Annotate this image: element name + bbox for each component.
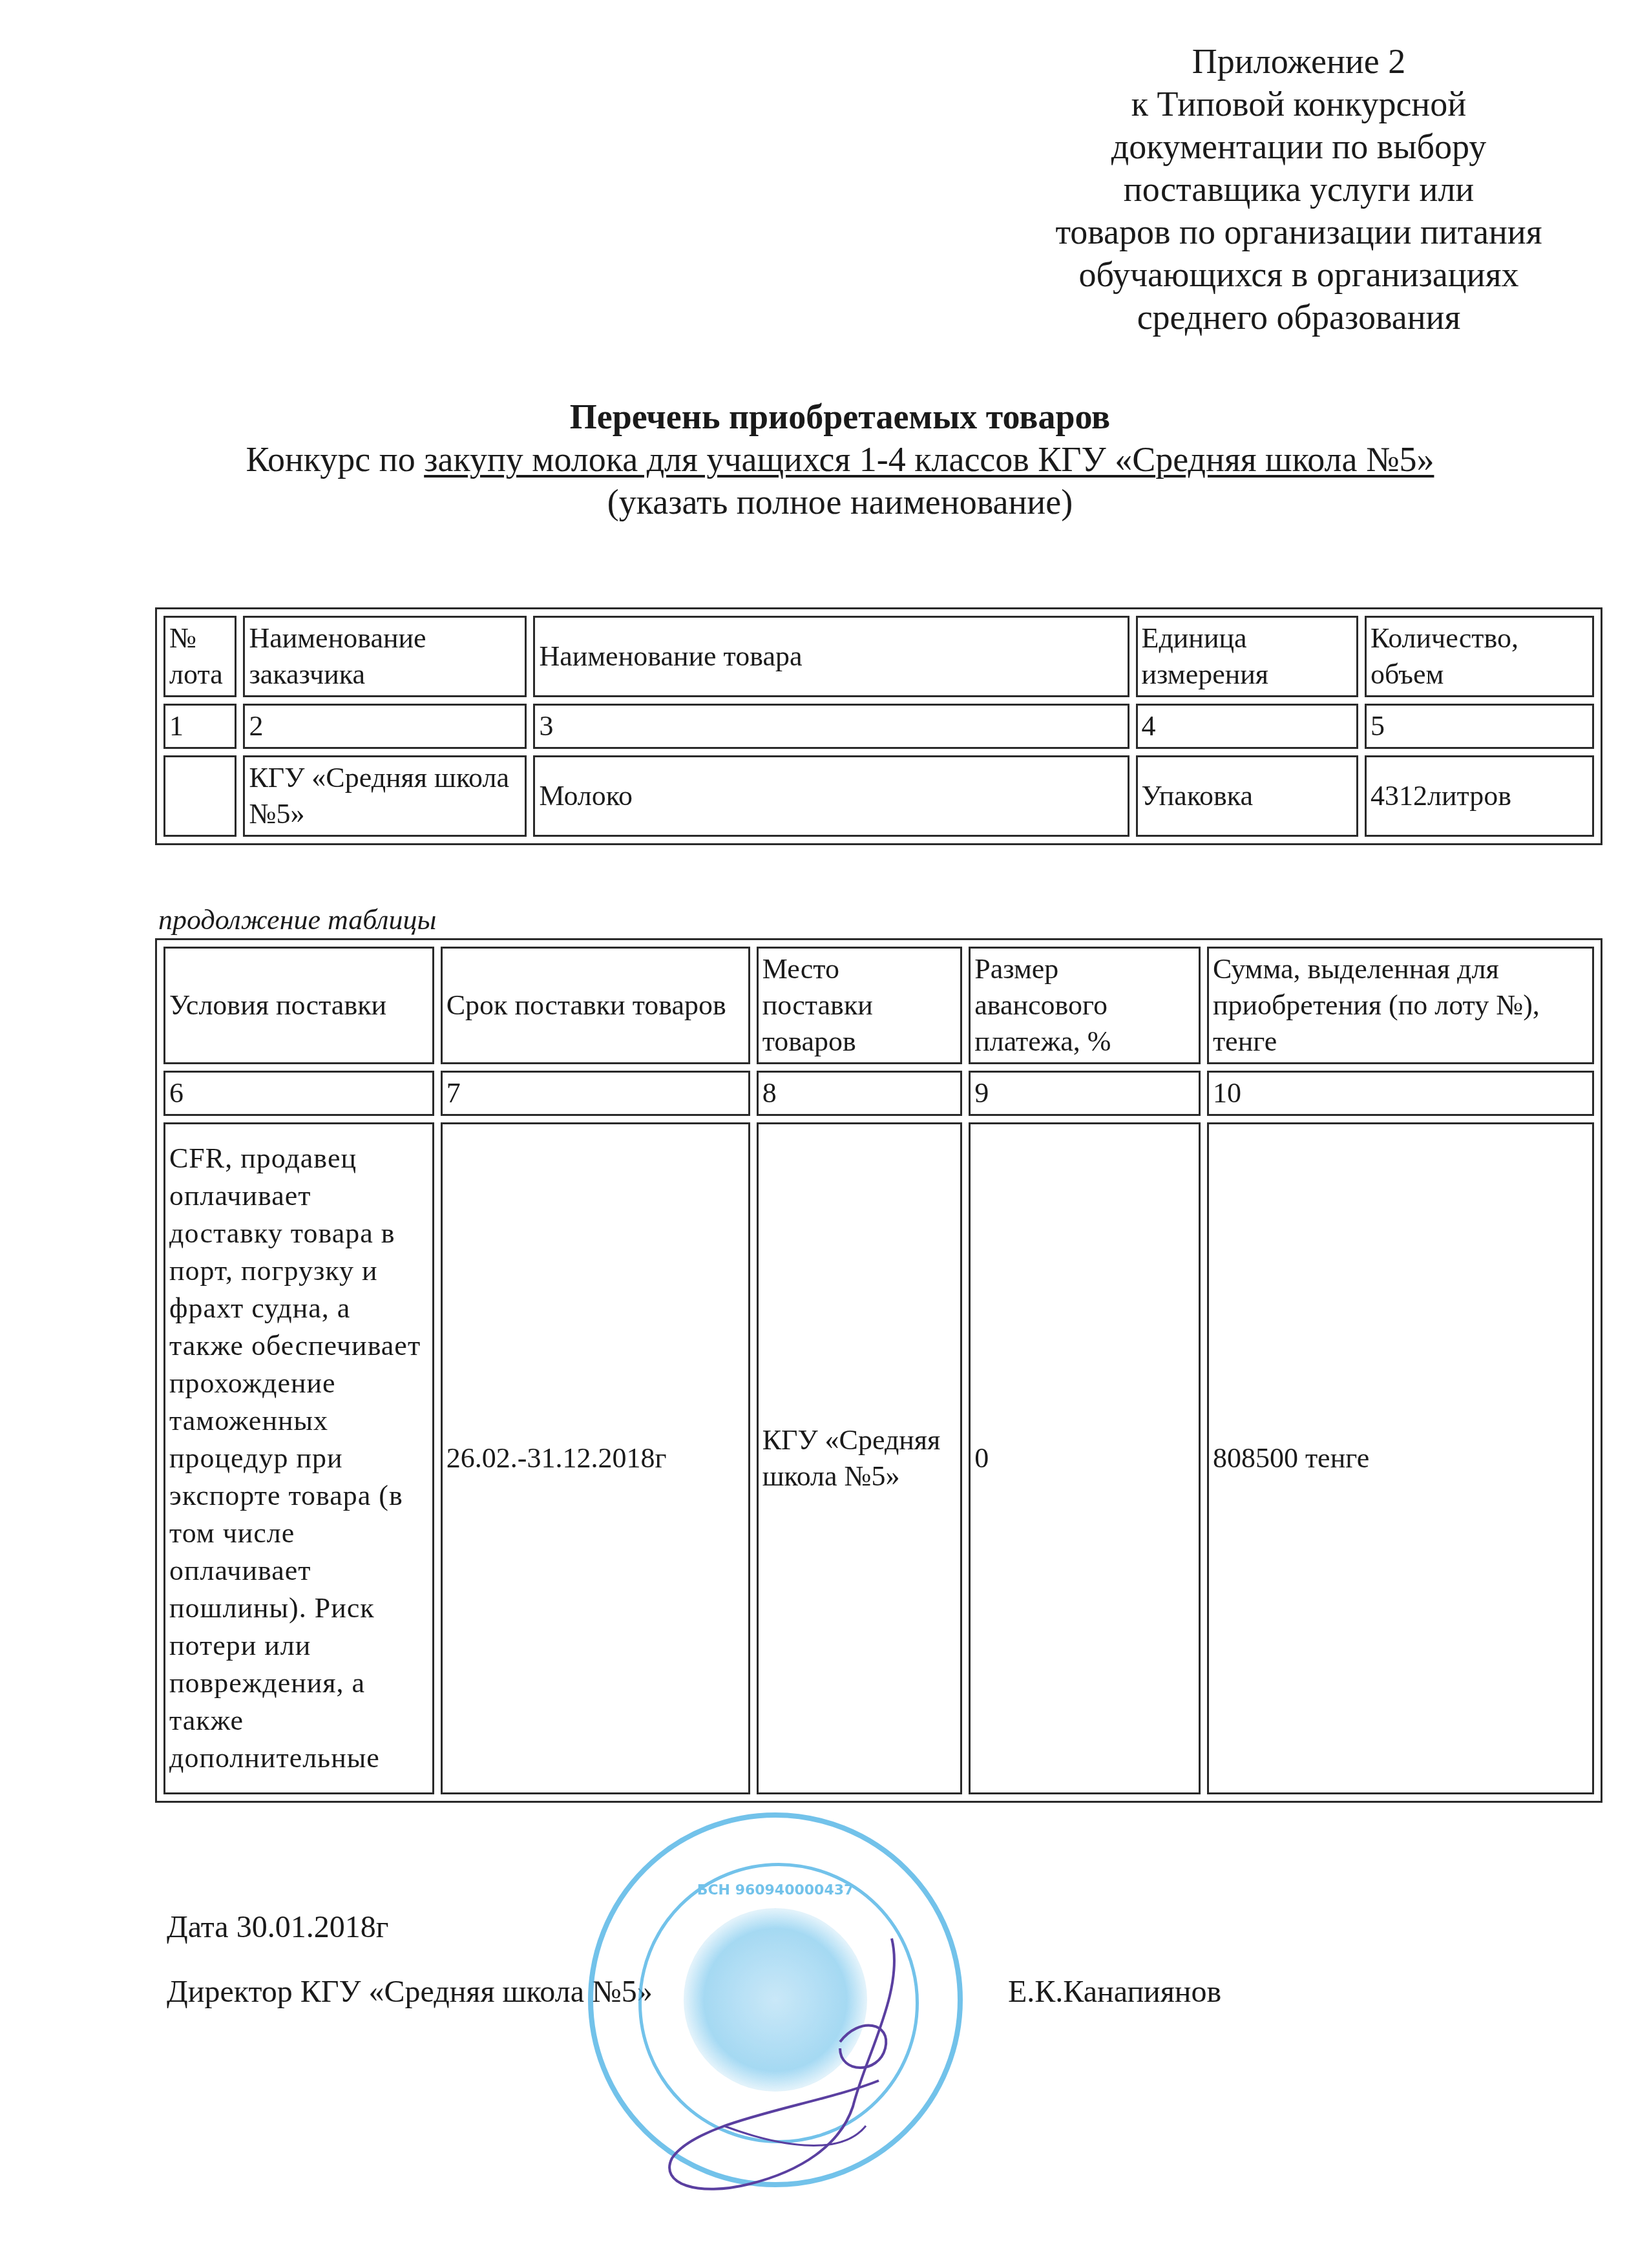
appendix-line: среднего образования [995,296,1602,339]
header-delivery-place: Место поставки товаров [757,947,963,1064]
director-label: Директор КГУ «Средняя школа №5» [167,1974,653,2010]
delivery-table: Условия поставки Срок поставки товаров М… [155,938,1602,1803]
subtitle-underlined: закупу молока для учащихся 1-4 классов К… [424,440,1434,479]
cell-goods-name: Молоко [533,755,1129,837]
appendix-line: к Типовой конкурсной [995,83,1602,125]
header-delivery-period: Срок поставки товаров [441,947,750,1064]
cell-delivery-terms: CFR, продавец оплачивает доставку товара… [163,1122,434,1794]
document-date: Дата 30.01.2018г [167,1909,388,1945]
table-number-row: 6 7 8 9 10 [163,1071,1594,1116]
cell-unit: Упаковка [1136,755,1358,837]
cell-lot-number [163,755,236,837]
column-number: 2 [243,704,527,749]
column-number: 10 [1207,1071,1594,1116]
cell-quantity: 4312литров [1365,755,1594,837]
goods-table: № лота Наименование заказчика Наименован… [155,607,1602,845]
stamp-bin: БСН 960940000437 [593,1882,958,1898]
cell-delivery-place: КГУ «Средняя школа №5» [757,1122,963,1794]
signature-icon [646,1913,918,2210]
table-header-row: № лота Наименование заказчика Наименован… [163,616,1594,697]
appendix-line: Приложение 2 [995,40,1602,83]
cell-customer-name: КГУ «Средняя школа №5» [243,755,527,837]
page-title: Перечень приобретаемых товаров [129,395,1551,438]
appendix-line: поставщика услуги или [995,168,1602,211]
director-name: Е.К.Канапиянов [1008,1974,1221,2010]
column-number: 4 [1136,704,1358,749]
table-row: CFR, продавец оплачивает доставку товара… [163,1122,1594,1794]
appendix-line: документации по выбору [995,125,1602,168]
appendix-line: товаров по организации питания [995,211,1602,253]
cell-advance-payment: 0 [969,1122,1201,1794]
column-number: 3 [533,704,1129,749]
title-note: (указать полное наименование) [129,481,1551,523]
continuation-label: продолжение таблицы [158,903,436,936]
header-goods-name: Наименование товара [533,616,1129,697]
column-number: 7 [441,1071,750,1116]
column-number: 6 [163,1071,434,1116]
subtitle-prefix: Конкурс по [246,440,425,479]
table-row: КГУ «Средняя школа №5» Молоко Упаковка 4… [163,755,1594,837]
appendix-header: Приложение 2 к Типовой конкурсной докуме… [995,40,1602,339]
page-subtitle: Конкурс по закупу молока для учащихся 1-… [129,438,1551,481]
table-number-row: 1 2 3 4 5 [163,704,1594,749]
column-number: 1 [163,704,236,749]
cell-allocated-sum: 808500 тенге [1207,1122,1594,1794]
header-quantity: Количество, объем [1365,616,1594,697]
table-header-row: Условия поставки Срок поставки товаров М… [163,947,1594,1064]
cell-delivery-period: 26.02.-31.12.2018г [441,1122,750,1794]
header-allocated-sum: Сумма, выделенная для приобретения (по л… [1207,947,1594,1064]
column-number: 5 [1365,704,1594,749]
header-customer-name: Наименование заказчика [243,616,527,697]
title-block: Перечень приобретаемых товаров Конкурс п… [129,395,1551,523]
header-unit: Единица измерения [1136,616,1358,697]
column-number: 8 [757,1071,963,1116]
header-lot-number: № лота [163,616,236,697]
header-delivery-terms: Условия поставки [163,947,434,1064]
header-advance-payment: Размер авансового платежа, % [969,947,1201,1064]
appendix-line: обучающихся в организациях [995,253,1602,296]
column-number: 9 [969,1071,1201,1116]
